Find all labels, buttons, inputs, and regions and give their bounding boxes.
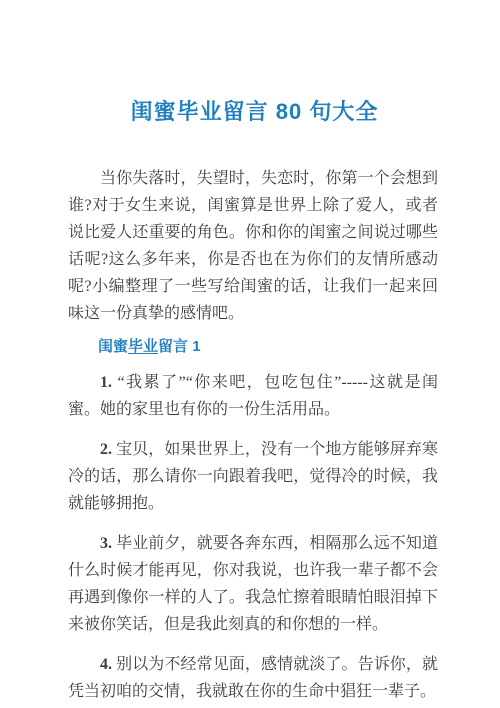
- message-item-3: 3. 毕业前夕，就要各奔东西，相隔那么远不知道什么时候才能再见，你对我说，也许我…: [68, 530, 438, 638]
- message-item-1-number: 1.: [100, 374, 112, 391]
- document-page: 闺蜜毕业留言 80 句大全 当你失落时，失望时，失恋时，你第一个会想到谁?对于女…: [0, 0, 500, 708]
- message-item-3-text: 毕业前夕，就要各奔东西，相隔那么远不知道什么时候才能再见，你对我说，也许我一辈子…: [68, 535, 438, 633]
- message-item-2-text: 宝贝，如果世界上，没有一个地方能够屏弃寒冷的话，那么请你一向跟着我吧，觉得冷的时…: [68, 441, 438, 512]
- message-item-3-number: 3.: [100, 535, 112, 552]
- message-item-4-number: 4.: [100, 656, 112, 673]
- page-title: 闺蜜毕业留言 80 句大全: [68, 97, 441, 127]
- section-heading-post: 留言 1: [158, 338, 201, 355]
- message-item-4: 4. 别以为不经常见面，感情就淡了。告诉你，就凭当初咱的交情，我就敢在你的生命中…: [68, 651, 438, 705]
- message-item-2: 2. 宝贝，如果世界上，没有一个地方能够屏弃寒冷的话，那么请你一向跟着我吧，觉得…: [68, 436, 438, 517]
- section-heading-underlined: 毕业: [128, 338, 158, 355]
- message-item-1-text: “我累了”“你来吧，包吃包住”-----这就是闺蜜。她的家里也有你的一份生活用品…: [68, 374, 438, 418]
- message-item-1: 1. “我累了”“你来吧，包吃包住”-----这就是闺蜜。她的家里也有你的一份生…: [68, 369, 438, 423]
- message-item-4-text: 别以为不经常见面，感情就淡了。告诉你，就凭当初咱的交情，我就敢在你的生命中猖狂一…: [68, 656, 438, 700]
- section-heading: 闺蜜毕业留言 1: [68, 337, 438, 357]
- section-heading-pre: 闺蜜: [98, 338, 128, 355]
- intro-paragraph: 当你失落时，失望时，失恋时，你第一个会想到谁?对于女生来说，闺蜜算是世界上除了爱…: [68, 165, 438, 327]
- message-item-2-number: 2.: [100, 441, 112, 458]
